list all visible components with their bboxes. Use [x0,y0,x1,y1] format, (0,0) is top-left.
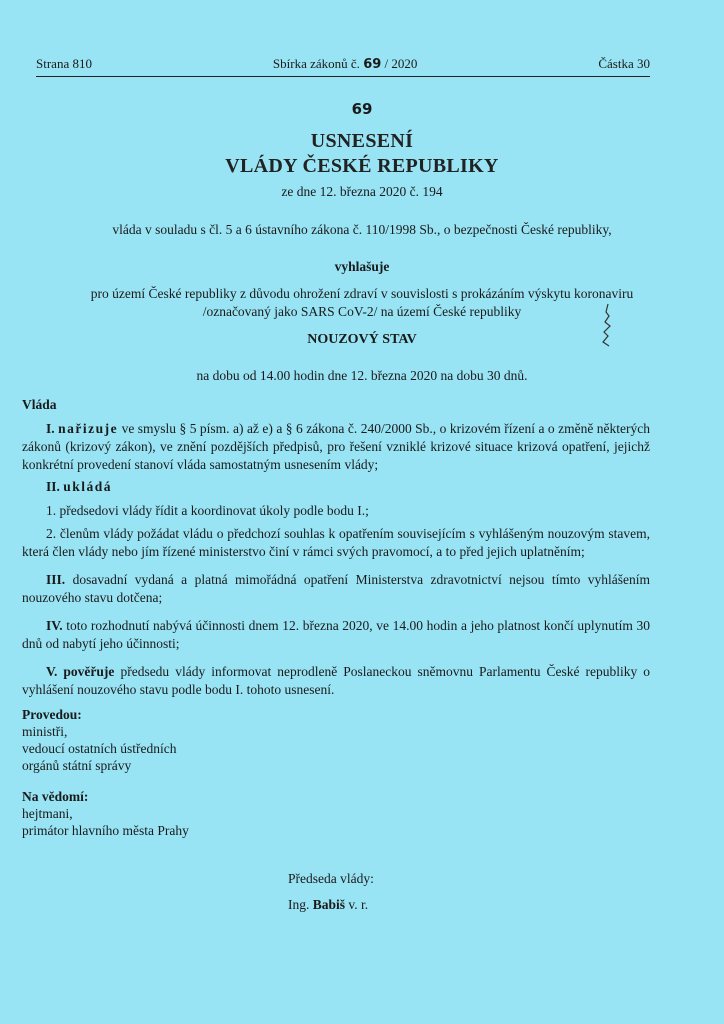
signature-name-line: Ing. Babiš v. r. [288,892,374,918]
section-IV: IV. toto rozhodnutí nabývá účinnosti dne… [22,617,650,653]
executor-item: orgánů státní správy [22,757,650,774]
notice-item: primátor hlavního města Prahy [22,822,650,839]
subject-label: Vláda [22,396,650,414]
collection-number: 69 [363,57,381,72]
signature-role: Předseda vlády: [288,866,374,892]
signature-block: Předseda vlády: Ing. Babiš v. r. [288,866,374,918]
section-I: I. nařizuje ve smyslu § 5 písm. a) až e)… [22,420,650,474]
collection-reference: Sbírka zákonů č. 69 / 2020 [273,56,417,72]
notice-block: Na vědomí: hejtmani, primátor hlavního m… [22,788,650,839]
executors-label: Provedou: [22,706,650,723]
preamble: vláda v souladu s čl. 5 a 6 ústavního zá… [0,222,724,238]
signature-name: Babiš [313,897,345,912]
section-III: III. dosavadní vydaná a platná mimořádná… [22,571,650,607]
executor-item: vedoucí ostatních ústředních [22,740,650,757]
section-II-item-1: 1. předsedovi vlády řídit a koordinovat … [22,502,650,520]
section-II: II. ukládá [22,478,650,496]
document-page: Strana 810 Sbírka zákonů č. 69 / 2020 Čá… [0,0,724,1024]
handwritten-mark-icon [596,302,618,348]
title-line-1: USNESENÍ [0,130,724,153]
resolution-body: Vláda I. nařizuje ve smyslu § 5 písm. a)… [22,396,650,699]
running-header: Strana 810 Sbírka zákonů č. 69 / 2020 Čá… [36,56,650,77]
notice-item: hejtmani, [22,805,650,822]
page-number: Strana 810 [36,56,92,72]
date-line: ze dne 12. března 2020 č. 194 [0,184,724,200]
notice-label: Na vědomí: [22,788,650,805]
executor-item: ministři, [22,723,650,740]
section-II-item-2: 2. členům vlády požádat vládu o předchoz… [22,525,650,561]
title-line-2: VLÁDY ČESKÉ REPUBLIKY [0,155,724,178]
declares-heading: vyhlašuje [0,259,724,275]
document-number: 69 [0,100,724,118]
duration-line: na dobu od 14.00 hodin dne 12. března 20… [0,368,724,384]
purpose-line-1: pro území České republiky z důvodu ohrož… [0,286,724,302]
executors-block: Provedou: ministři, vedoucí ostatních ús… [22,706,650,774]
part-number: Částka 30 [598,56,650,72]
section-V: V. pověřuje předsedu vlády informovat ne… [22,663,650,699]
